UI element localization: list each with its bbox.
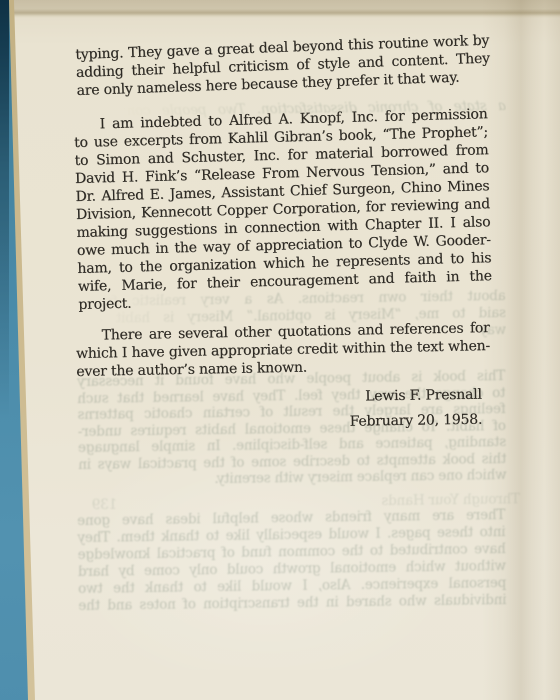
paragraph-3: There are several other quotations and r… (75, 319, 490, 381)
book-page-photo: a state of chronic dissatisfaction. Two … (0, 0, 560, 700)
paragraph-1: typing. They gave a great deal beyond th… (75, 32, 491, 100)
paragraph-2: I am indebted to Alfred A. Knopf, Inc. f… (73, 105, 492, 314)
page-top-shadow (0, 0, 560, 16)
cover-edge-shadow (0, 0, 9, 420)
signature-block: Lewis F. Presnall February 20, 1958. (76, 383, 491, 439)
book-page: a state of chronic dissatisfaction. Two … (0, 0, 560, 700)
bleedthrough-toc-page-number: 139 (92, 497, 117, 513)
bleedthrough-block-d: There are many friends whose helpful ide… (77, 507, 506, 615)
acknowledgments-text: typing. They gave a great deal beyond th… (76, 46, 490, 439)
signature-date: February 20, 1958. (76, 408, 482, 439)
